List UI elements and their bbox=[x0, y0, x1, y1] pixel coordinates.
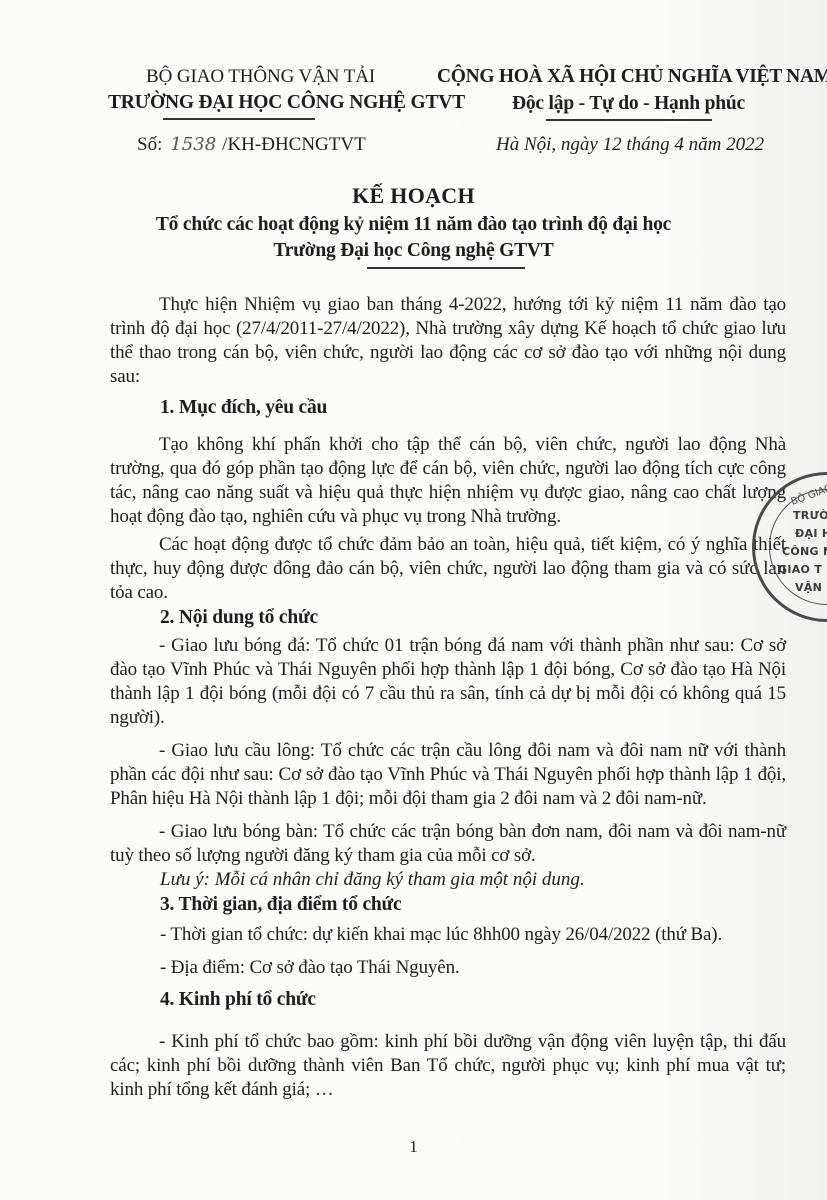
number-suffix: /KH-ĐHCNGTVT bbox=[222, 134, 366, 155]
section-2-badminton: - Giao lưu cầu lông: Tổ chức các trận cầ… bbox=[110, 739, 786, 811]
stamp-line-3: CÔNG N bbox=[782, 545, 827, 558]
national-motto: Độc lập - Tự do - Hạnh phúc bbox=[512, 93, 745, 115]
intro-paragraph: Thực hiện Nhiệm vụ giao ban tháng 4-2022… bbox=[110, 293, 786, 389]
section-2-table-tennis: - Giao lưu bóng bàn: Tổ chức các trận bó… bbox=[110, 820, 786, 868]
number-value-handwritten: 1538 bbox=[170, 134, 216, 155]
section-heading-2: 2. Nội dung tổ chức bbox=[160, 607, 318, 629]
ministry-name: BỘ GIAO THÔNG VẬN TẢI bbox=[146, 66, 375, 88]
section-heading-1: 1. Mục đích, yêu cầu bbox=[160, 397, 327, 419]
school-underline bbox=[163, 118, 315, 120]
document-page: BỘ GIAO THÔNG VẬN TẢI TRƯỜNG ĐẠI HỌC CÔN… bbox=[0, 0, 827, 1200]
section-1-paragraph-2: Các hoạt động được tổ chức đảm bảo an to… bbox=[110, 533, 786, 605]
stamp-line-2: ĐẠI H bbox=[795, 527, 827, 540]
place-date: Hà Nội, ngày 12 tháng 4 năm 2022 bbox=[496, 134, 764, 156]
document-number: Số:1538/KH-ĐHCNGTVT bbox=[137, 134, 366, 156]
section-1-paragraph-1: Tạo không khí phấn khởi cho tập thể cán … bbox=[110, 433, 786, 529]
document-title: KẾ HOẠCH bbox=[0, 183, 827, 209]
number-prefix: Số: bbox=[137, 134, 162, 155]
section-2-note: Lưu ý: Mỗi cá nhân chỉ đăng ký tham gia … bbox=[160, 869, 585, 891]
section-3-location: - Địa điểm: Cơ sở đào tạo Thái Nguyên. bbox=[160, 957, 460, 979]
school-name: TRƯỜNG ĐẠI HỌC CÔNG NGHỆ GTVT bbox=[108, 92, 465, 114]
title-underline bbox=[367, 267, 525, 269]
stamp-ring-text: BỘ GIAO THÔNG bbox=[790, 469, 827, 508]
stamp-line-4: GIAO T bbox=[778, 563, 822, 576]
section-heading-4: 4. Kinh phí tổ chức bbox=[160, 989, 316, 1011]
section-3-time: - Thời gian tổ chức: dự kiến khai mạc lú… bbox=[160, 924, 722, 946]
page-number: 1 bbox=[0, 1137, 827, 1157]
document-subtitle-line2: Trường Đại học Công nghệ GTVT bbox=[0, 240, 827, 262]
stamp-line-1: TRƯỜ bbox=[793, 509, 827, 522]
stamp-line-5: VẬN bbox=[795, 581, 822, 594]
motto-underline bbox=[546, 119, 712, 121]
section-2-football: - Giao lưu bóng đá: Tổ chức 01 trận bóng… bbox=[110, 634, 786, 730]
section-4-paragraph: - Kinh phí tổ chức bao gồm: kinh phí bồi… bbox=[110, 1030, 786, 1102]
country-name: CỘNG HOÀ XÃ HỘI CHỦ NGHĨA VIỆT NAM bbox=[437, 66, 827, 88]
document-subtitle-line1: Tổ chức các hoạt động kỷ niệm 11 năm đào… bbox=[0, 214, 827, 236]
section-heading-3: 3. Thời gian, địa điểm tổ chức bbox=[160, 894, 402, 916]
